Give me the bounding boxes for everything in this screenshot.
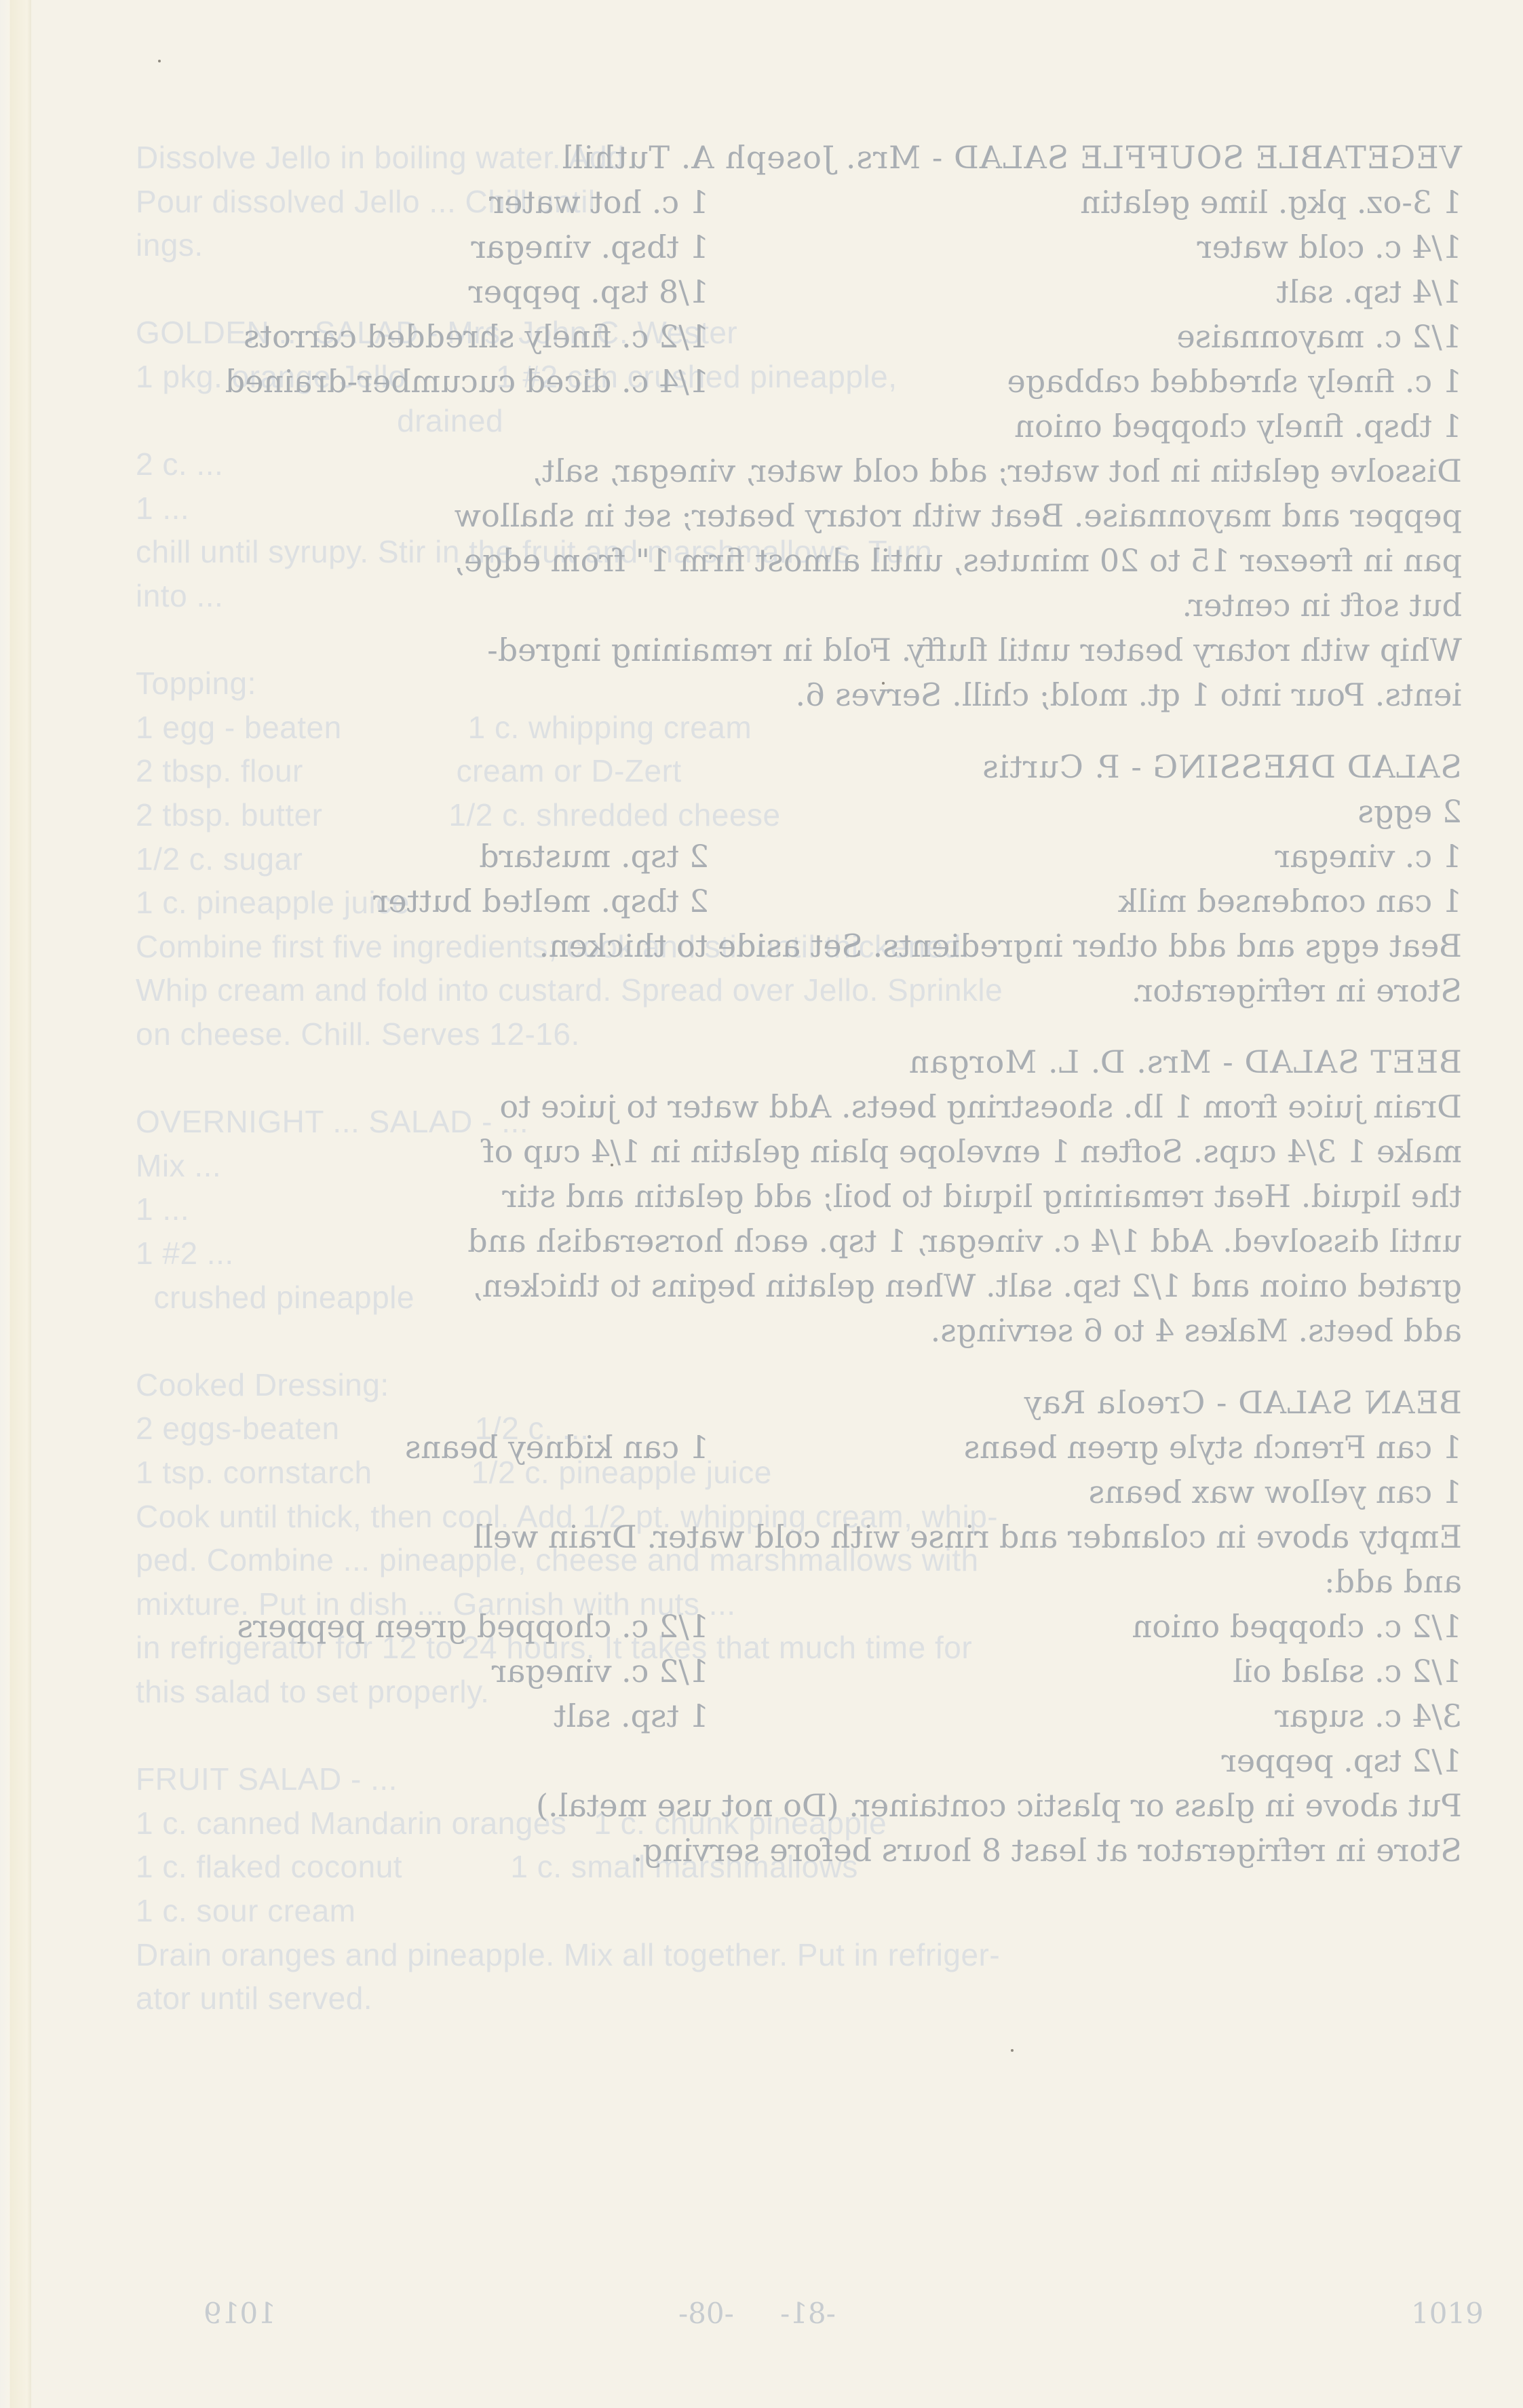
- footer-code-right: 1019: [1411, 2297, 1484, 2330]
- ingredient: 1 can kidney beans: [405, 1429, 709, 1466]
- recipe-title: BEAN SALAD - Creola Ray: [1023, 1384, 1462, 1421]
- ingredient: 1 c. hot water: [489, 184, 709, 221]
- direction-line: Put above in glass or plastic container.…: [536, 1787, 1462, 1824]
- ingredient: 1/2 c. chopped onion: [1132, 1608, 1462, 1645]
- direction-line: ients. Pour into 1 qt. mold; chill. Serv…: [795, 676, 1462, 713]
- direction-line: the liquid. Heat remaining liquid to boi…: [502, 1178, 1462, 1215]
- scan-speck: [611, 1164, 613, 1166]
- recipe-title: SALAD DRESSING - P. Curtis: [982, 748, 1462, 785]
- direction-line: Whip with rotary beater until fluffy. Fo…: [487, 632, 1462, 668]
- ingredient: 2 tbsp. melted butter: [373, 883, 709, 919]
- footer-code-left: 1019: [204, 2297, 276, 2330]
- ingredient: 1/2 tsp. pepper: [1222, 1742, 1462, 1779]
- direction-line: Dissolve gelatin in hot water; add cold …: [532, 453, 1462, 489]
- direction-line: Beat eggs and add other ingredients. Set…: [539, 928, 1462, 964]
- recipe-title: VEGETABLE SOUFFLE SALAD - Mrs. Joseph A.…: [562, 139, 1462, 176]
- ingredient: 1 can condensed milk: [1118, 883, 1462, 919]
- ingredient: 1/8 tsp. pepper: [469, 273, 709, 310]
- direction-line: and add:: [1324, 1563, 1462, 1600]
- ingredient: 1 tbsp. finely chopped onion: [1014, 408, 1462, 444]
- scan-speck: [158, 60, 161, 62]
- ingredient: 2 eggs: [1357, 793, 1462, 830]
- ingredient: 1 tbsp. vinegar: [471, 229, 709, 265]
- ingredient: 1/4 c. cold water: [1197, 229, 1462, 265]
- footer-page-number-show-through: -80-: [678, 2297, 734, 2330]
- direction-line: Store in refrigerator.: [1132, 972, 1462, 1009]
- ingredient: 1/2 c. mayonnaise: [1176, 318, 1462, 355]
- ingredient: 1 c. finely shredded cabbage: [1007, 363, 1462, 400]
- direction-line: pan in freezer 15 to 20 minutes, until a…: [454, 542, 1462, 579]
- direction-line: grated onion and 1/2 tsp. salt. When gel…: [472, 1267, 1462, 1304]
- ingredient: 1/2 c. finely shredded carrots: [244, 318, 709, 355]
- recipe-title: BEET SALAD - Mrs. D. L. Morgan: [908, 1044, 1462, 1080]
- ingredient: 1/2 c. chopped green peppers: [237, 1608, 709, 1645]
- ingredient: 1 can yellow wax beans: [1089, 1474, 1462, 1510]
- direction-line: until dissolved. Add 1/4 c. vinegar, 1 t…: [467, 1223, 1462, 1259]
- ingredient: 1/2 c. salad oil: [1233, 1653, 1462, 1689]
- ingredient: 1 tsp. salt: [554, 1698, 709, 1734]
- direction-line: make 1 3/4 cups. Soften 1 envelope plain…: [483, 1133, 1462, 1170]
- direction-line: add beets. Makes 4 to 6 servings.: [931, 1312, 1462, 1349]
- ingredient: 3/4 c. sugar: [1275, 1698, 1462, 1734]
- ingredient: 1/2 c. vinegar: [492, 1653, 709, 1689]
- scan-speck: [882, 682, 885, 685]
- direction-line: pepper and mayonnaise. Beat with rotary …: [455, 497, 1462, 534]
- ingredient: 1/4 tsp. salt: [1276, 273, 1462, 310]
- ingredient: 1 can French style green beans: [964, 1429, 1462, 1466]
- direction-line: Empty above in colander and rinse with c…: [473, 1518, 1462, 1555]
- scan-speck: [1011, 2049, 1014, 2052]
- ingredient: 1 c. vinegar: [1275, 838, 1462, 875]
- ingredient: 2 tsp. mustard: [479, 838, 709, 875]
- printed-recipes: VEGETABLE SOUFFLE SALAD - Mrs. Joseph A.…: [0, 0, 1523, 2408]
- ingredient: 1 3-oz. pkg. lime gelatin: [1081, 184, 1462, 221]
- direction-line: Drain juice from 1 lb. shoestring beets.…: [499, 1088, 1462, 1125]
- direction-line: but soft in center.: [1182, 587, 1462, 624]
- direction-line: Store in refrigerator at least 8 hours b…: [633, 1832, 1462, 1869]
- ingredient: 1/4 c. diced cucumber-drained: [225, 363, 709, 400]
- footer-page-number: -81-: [780, 2297, 836, 2330]
